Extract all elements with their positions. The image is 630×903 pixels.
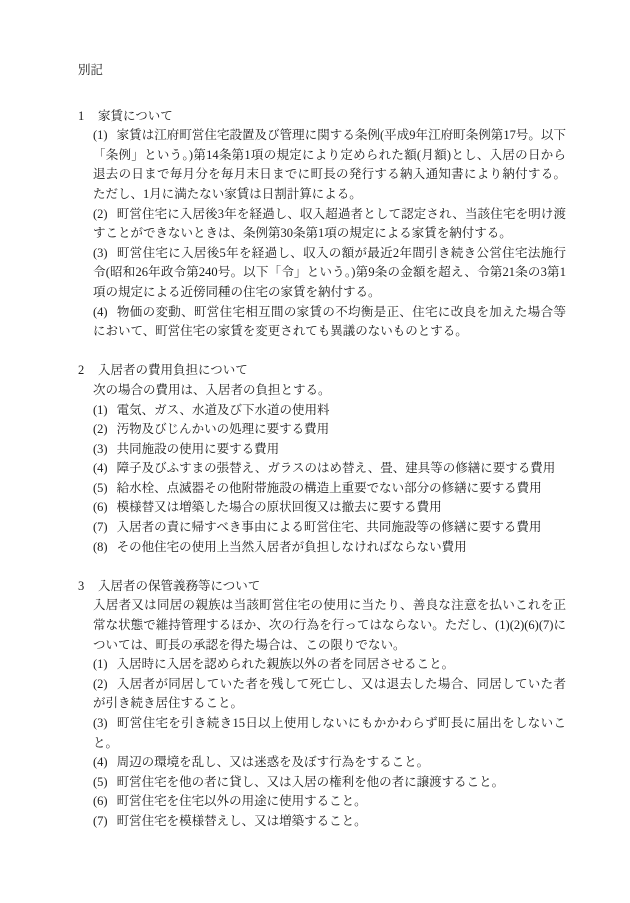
section-number: 2 <box>78 361 98 381</box>
item-label: (6) <box>93 794 108 808</box>
item-text: 模様替又は増築した場合の原状回復又は撤去に要する費用 <box>117 500 442 514</box>
list-item: (7)入居者の責に帰すべき事由による町営住宅、共同施設等の修繕に要する費用 <box>93 518 566 538</box>
item-label: (4) <box>93 305 108 319</box>
list-item: (1)電気、ガス、水道及び下水道の使用料 <box>93 401 566 421</box>
item-text: 町営住宅を住宅以外の用途に使用すること。 <box>117 794 367 808</box>
list-item: (1)家賃は江府町営住宅設置及び管理に関する条例(平成9年江府町条例第17号。以… <box>93 126 566 204</box>
section-number: 1 <box>78 107 98 127</box>
item-text: 町営住宅に入居後3年を経過し、収入超過者として認定され、当該住宅を明け渡すことが… <box>93 207 566 241</box>
item-label: (7) <box>93 520 108 534</box>
list-item: (4)障子及びふすまの張替え、ガラスのはめ替え、畳、建具等の修繕に要する費用 <box>93 459 566 479</box>
section-intro: 次の場合の費用は、入居者の負担とする。 <box>93 381 566 401</box>
list-item: (5)給水栓、点滅器その他附帯施設の構造上重要でない部分の修繕に要する費用 <box>93 479 566 499</box>
document-title: 別記 <box>78 61 566 81</box>
item-text: 共同施設の使用に要する費用 <box>117 442 280 456</box>
list-item: (4)周辺の環境を乱し、又は迷惑を及ぼす行為をすること。 <box>93 753 566 773</box>
section-body: 次の場合の費用は、入居者の負担とする。(1)電気、ガス、水道及び下水道の使用料(… <box>93 381 566 557</box>
item-text: 障子及びふすまの張替え、ガラスのはめ替え、畳、建具等の修繕に要する費用 <box>117 461 556 475</box>
item-text: 電気、ガス、水道及び下水道の使用料 <box>117 403 330 417</box>
list-item: (3)町営住宅に入居後5年を経過し、収入の額が最近2年間引き続き公営住宅法施行令… <box>93 244 566 303</box>
item-text: 家賃は江府町営住宅設置及び管理に関する条例(平成9年江府町条例第17号。以下「条… <box>93 128 566 201</box>
list-item: (3)町営住宅を引き続き15日以上使用しないにもかかわらず町長に届出をしないこと… <box>93 714 566 753</box>
section-title: 入居者の費用負担について <box>98 361 566 381</box>
item-text: 入居時に入居を認められた親族以外の者を同居させること。 <box>117 657 455 671</box>
item-text: 入居者の責に帰すべき事由による町営住宅、共同施設等の修繕に要する費用 <box>117 520 542 534</box>
section-heading: 1家賃について <box>78 107 566 127</box>
item-label: (5) <box>93 481 108 495</box>
list-item: (8)その他住宅の使用上当然入居者が負担しなければならない費用 <box>93 538 566 558</box>
item-label: (3) <box>93 442 108 456</box>
section-number: 3 <box>78 577 98 597</box>
item-text: 給水栓、点滅器その他附帯施設の構造上重要でない部分の修繕に要する費用 <box>117 481 542 495</box>
item-label: (1) <box>93 128 108 142</box>
item-label: (1) <box>93 403 108 417</box>
section-2: 2入居者の費用負担について次の場合の費用は、入居者の負担とする。(1)電気、ガス… <box>78 361 566 557</box>
section-intro: 入居者又は同居の親族は当該町営住宅の使用に当たり、善良な注意を払いこれを正常な状… <box>93 596 566 655</box>
list-item: (4)物価の変動、町営住宅相互間の家賃の不均衡是正、住宅に改良を加えた場合等にお… <box>93 303 566 342</box>
section-heading: 3入居者の保管義務等について <box>78 577 566 597</box>
document-page: 別記 1家賃について(1)家賃は江府町営住宅設置及び管理に関する条例(平成9年江… <box>0 0 630 903</box>
item-text: 物価の変動、町営住宅相互間の家賃の不均衡是正、住宅に改良を加えた場合等において、… <box>93 305 566 339</box>
item-text: 町営住宅を引き続き15日以上使用しないにもかかわらず町長に届出をしないこと。 <box>93 716 566 750</box>
list-item: (1)入居時に入居を認められた親族以外の者を同居させること。 <box>93 655 566 675</box>
list-item: (6)模様替又は増築した場合の原状回復又は撤去に要する費用 <box>93 498 566 518</box>
list-item: (6)町営住宅を住宅以外の用途に使用すること。 <box>93 792 566 812</box>
item-label: (3) <box>93 716 108 730</box>
section-1: 1家賃について(1)家賃は江府町営住宅設置及び管理に関する条例(平成9年江府町条… <box>78 107 566 342</box>
item-label: (2) <box>93 677 108 691</box>
list-item: (3)共同施設の使用に要する費用 <box>93 440 566 460</box>
item-label: (4) <box>93 755 108 769</box>
item-text: 周辺の環境を乱し、又は迷惑を及ぼす行為をすること。 <box>117 755 430 769</box>
item-label: (6) <box>93 500 108 514</box>
section-title: 入居者の保管義務等について <box>98 577 566 597</box>
list-item: (2)入居者が同居していた者を残して死亡し、又は退去した場合、同居していた者が引… <box>93 675 566 714</box>
section-heading: 2入居者の費用負担について <box>78 361 566 381</box>
item-text: その他住宅の使用上当然入居者が負担しなければならない費用 <box>117 540 467 554</box>
item-label: (2) <box>93 207 108 221</box>
item-label: (4) <box>93 461 108 475</box>
item-text: 汚物及びじんかいの処理に要する費用 <box>117 422 330 436</box>
sections-container: 1家賃について(1)家賃は江府町営住宅設置及び管理に関する条例(平成9年江府町条… <box>78 107 566 832</box>
item-text: 町営住宅を他の者に貸し、又は入居の権利を他の者に譲渡すること。 <box>117 775 505 789</box>
item-text: 町営住宅を模様替えし、又は増築すること。 <box>117 814 367 828</box>
list-item: (2)汚物及びじんかいの処理に要する費用 <box>93 420 566 440</box>
section-title: 家賃について <box>98 107 566 127</box>
item-label: (7) <box>93 814 108 828</box>
section-3: 3入居者の保管義務等について入居者又は同居の親族は当該町営住宅の使用に当たり、善… <box>78 577 566 832</box>
item-text: 入居者が同居していた者を残して死亡し、又は退去した場合、同居していた者が引き続き… <box>93 677 566 711</box>
item-label: (5) <box>93 775 108 789</box>
item-label: (1) <box>93 657 108 671</box>
list-item: (2)町営住宅に入居後3年を経過し、収入超過者として認定され、当該住宅を明け渡す… <box>93 205 566 244</box>
item-label: (8) <box>93 540 108 554</box>
item-text: 町営住宅に入居後5年を経過し、収入の額が最近2年間引き続き公営住宅法施行令(昭和… <box>93 246 566 299</box>
item-label: (3) <box>93 246 108 260</box>
list-item: (7)町営住宅を模様替えし、又は増築すること。 <box>93 812 566 832</box>
section-body: (1)家賃は江府町営住宅設置及び管理に関する条例(平成9年江府町条例第17号。以… <box>93 126 566 342</box>
list-item: (5)町営住宅を他の者に貸し、又は入居の権利を他の者に譲渡すること。 <box>93 773 566 793</box>
item-label: (2) <box>93 422 108 436</box>
section-body: 入居者又は同居の親族は当該町営住宅の使用に当たり、善良な注意を払いこれを正常な状… <box>93 596 566 831</box>
